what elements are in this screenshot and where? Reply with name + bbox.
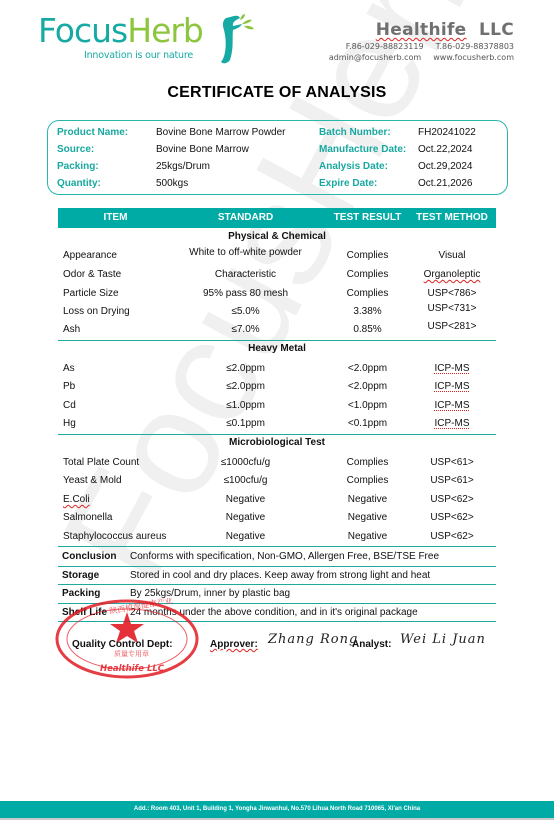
result-cell: Complies [320,454,415,472]
info-value: FH20241022 [418,124,476,141]
result-cell: Negative [320,509,415,527]
standard-cell: ≤100cfu/g [183,472,308,490]
standard-cell: Negative [183,491,308,509]
summary-row-conclusion: ConclusionConforms with specification, N… [58,548,496,566]
summary-row-shelf-life: Shelf Life24 months under the above cond… [58,604,496,622]
standard-cell: 95% pass 80 mesh [183,285,308,303]
summary-label: Packing [62,585,100,603]
summary-text: Conforms with specification, Non-GMO, Al… [130,548,439,566]
info-label: Batch Number: [319,124,391,141]
item-cell: Hg [63,415,76,433]
standard-cell: ≤1.0ppm [183,397,308,415]
method-cell: ICP-MS [408,397,496,415]
table-row: AppearanceWhite to off-white powderCompl… [58,247,496,265]
method-cell: Organoleptic [408,266,496,284]
section-title: Heavy Metal [58,343,496,354]
info-value: Bovine Bone Marrow [156,141,249,158]
column-header-test-result: TEST RESULT [320,208,415,228]
result-cell: Negative [320,491,415,509]
result-cell: Complies [320,285,415,303]
method-cell: USP<62> [408,528,496,546]
item-cell: Odor & Taste [63,266,121,284]
item-cell: Particle Size [63,285,119,303]
result-cell: <2.0ppm [320,360,415,378]
company-info: Healthife LLC F.86-029-88823119T.86-029-… [329,20,514,62]
item-cell: Yeast & Mold [63,472,122,490]
company-name: Healthife LLC [329,20,514,40]
section-title: Microbiological Test [58,437,496,448]
table-row: E.ColiNegativeNegativeUSP<62> [58,491,496,509]
section-divider [58,546,496,547]
info-label: Quantity: [57,175,101,192]
footer-address: Add.: Room 403, Unit 1, Building 1, Yong… [134,806,420,812]
info-value: Oct.29,2024 [418,158,472,175]
analyst-signature: Wei Li Juan [400,632,486,647]
item-cell: As [63,360,75,378]
standard-cell: ≤2.0ppm [183,360,308,378]
result-cell: <0.1ppm [320,415,415,433]
item-cell: Salmonella [63,509,112,527]
standard-cell: Negative [183,509,308,527]
method-cell: USP<62> [408,509,496,527]
table-header: ITEM STANDARD TEST RESULT TEST METHOD [58,208,496,228]
table-row: Staphylococcus aureusNegativeNegativeUSP… [58,528,496,546]
info-row: Quantity:500kgsExpire Date:Oct.21,2026 [48,175,507,192]
info-value: Oct.22,2024 [418,141,472,158]
standard-cell: ≤2.0ppm [183,378,308,396]
standard-cell: ≤0.1ppm [183,415,308,433]
method-cell: ICP-MS [408,360,496,378]
summary-text: By 25kgs/Drum, inner by plastic bag [130,585,290,603]
table-row: As≤2.0ppm<2.0ppmICP-MS [58,360,496,378]
table-row: Odor & TasteCharacteristicCompliesOrgano… [58,266,496,284]
summary-row-storage: StorageStored in cool and dry places. Ke… [58,567,496,585]
table-row: SalmonellaNegativeNegativeUSP<62> [58,509,496,527]
table-row: Hg≤0.1ppm<0.1ppmICP-MS [58,415,496,433]
info-value: 25kgs/Drum [156,158,210,175]
info-value: Bovine Bone Marrow Powder [156,124,286,141]
table-row: Ash≤7.0%0.85%USP<281> [58,321,496,339]
method-cell: USP<61> [408,472,496,490]
result-cell: 3.38% [320,303,415,321]
result-cell: Complies [320,266,415,284]
table-row: Yeast & Mold≤100cfu/gCompliesUSP<61> [58,472,496,490]
standard-cell: Negative [183,528,308,546]
summary-text: Stored in cool and dry places. Keep away… [130,567,430,585]
method-cell: USP<62> [408,491,496,509]
leaf-figure-icon [216,12,260,66]
table-row: Pb≤2.0ppm<2.0ppmICP-MS [58,378,496,396]
company-fax: F.86-029-88823119 [346,42,424,51]
column-header-item: ITEM [58,208,173,228]
stamp-company-text: Healthife LLC [100,664,165,674]
info-row: Packing:25kgs/DrumAnalysis Date:Oct.29,2… [48,158,507,175]
info-label: Product Name: [57,124,128,141]
info-label: Analysis Date: [319,158,388,175]
result-cell: <2.0ppm [320,378,415,396]
method-cell: USP<731> [408,300,496,318]
item-cell: Total Plate Count [63,454,139,472]
table-row: Total Plate Count≤1000cfu/gCompliesUSP<6… [58,454,496,472]
standard-cell: White to off-white powder [183,244,308,262]
result-cell: Negative [320,528,415,546]
info-label: Packing: [57,158,99,175]
result-cell: Complies [320,472,415,490]
method-cell: ICP-MS [408,415,496,433]
column-header-test-method: TEST METHOD [408,208,496,228]
approver-signature: Zhang Rong [268,632,358,647]
company-website[interactable]: www.focusherb.com [433,53,514,62]
item-cell: Ash [63,321,80,339]
info-label: Manufacture Date: [319,141,406,158]
table-row: Cd≤1.0ppm<1.0ppmICP-MS [58,397,496,415]
page-title: CERTIFICATE OF ANALYSIS [0,84,554,102]
item-cell: Staphylococcus aureus [63,528,166,546]
result-cell: <1.0ppm [320,397,415,415]
section-title: Physical & Chemical [58,231,496,242]
result-cell: Complies [320,247,415,265]
approver-label: Approver: [210,636,258,654]
method-cell: USP<61> [408,454,496,472]
method-cell: USP<281> [408,318,496,336]
logo-brand-part2: Herb [127,11,203,50]
standard-cell: Characteristic [183,266,308,284]
footer-address-bar: Add.: Room 403, Unit 1, Building 1, Yong… [0,801,554,818]
summary-divider [58,621,496,622]
company-tel: T.86-029-88378803 [436,42,514,51]
company-email[interactable]: admin@focusherb.com [329,53,421,62]
item-cell: E.Coli [63,491,90,509]
info-row: Product Name:Bovine Bone Marrow PowderBa… [48,124,507,141]
summary-row-packing: PackingBy 25kgs/Drum, inner by plastic b… [58,585,496,603]
standard-cell: ≤1000cfu/g [183,454,308,472]
summary-label: Conclusion [62,548,116,566]
info-value: Oct.21,2026 [418,175,472,192]
info-label: Expire Date: [319,175,377,192]
info-label: Source: [57,141,94,158]
info-row: Source:Bovine Bone MarrowManufacture Dat… [48,141,507,158]
quality-control-label: Quality Control Dept: [72,636,173,654]
company-phone-line: F.86-029-88823119T.86-029-88378803 [329,42,514,51]
logo-tagline: Innovation is our nature [84,50,193,61]
company-contact-line: admin@focusherb.comwww.focusherb.com [329,53,514,62]
logo-wordmark: FocusHerb [38,12,203,50]
summary-text: 24 months under the above condition, and… [130,604,418,622]
section-divider [58,340,496,341]
item-cell: Loss on Drying [63,303,130,321]
item-cell: Cd [63,397,76,415]
section-divider [58,434,496,435]
item-cell: Appearance [63,247,117,265]
info-value: 500kgs [156,175,188,192]
item-cell: Pb [63,378,75,396]
summary-label: Storage [62,567,99,585]
focusherb-logo: FocusHerb Innovation is our nature [38,8,238,64]
method-cell: Visual [408,247,496,265]
analyst-label: Analyst: [352,636,391,654]
summary-label: Shelf Life [62,604,107,622]
standard-cell: ≤5.0% [183,303,308,321]
method-cell: ICP-MS [408,378,496,396]
standard-cell: ≤7.0% [183,321,308,339]
column-header-standard: STANDARD [188,208,303,228]
result-cell: 0.85% [320,321,415,339]
product-info-box: Product Name:Bovine Bone Marrow PowderBa… [47,120,508,195]
logo-brand-part1: Focus [38,11,127,50]
